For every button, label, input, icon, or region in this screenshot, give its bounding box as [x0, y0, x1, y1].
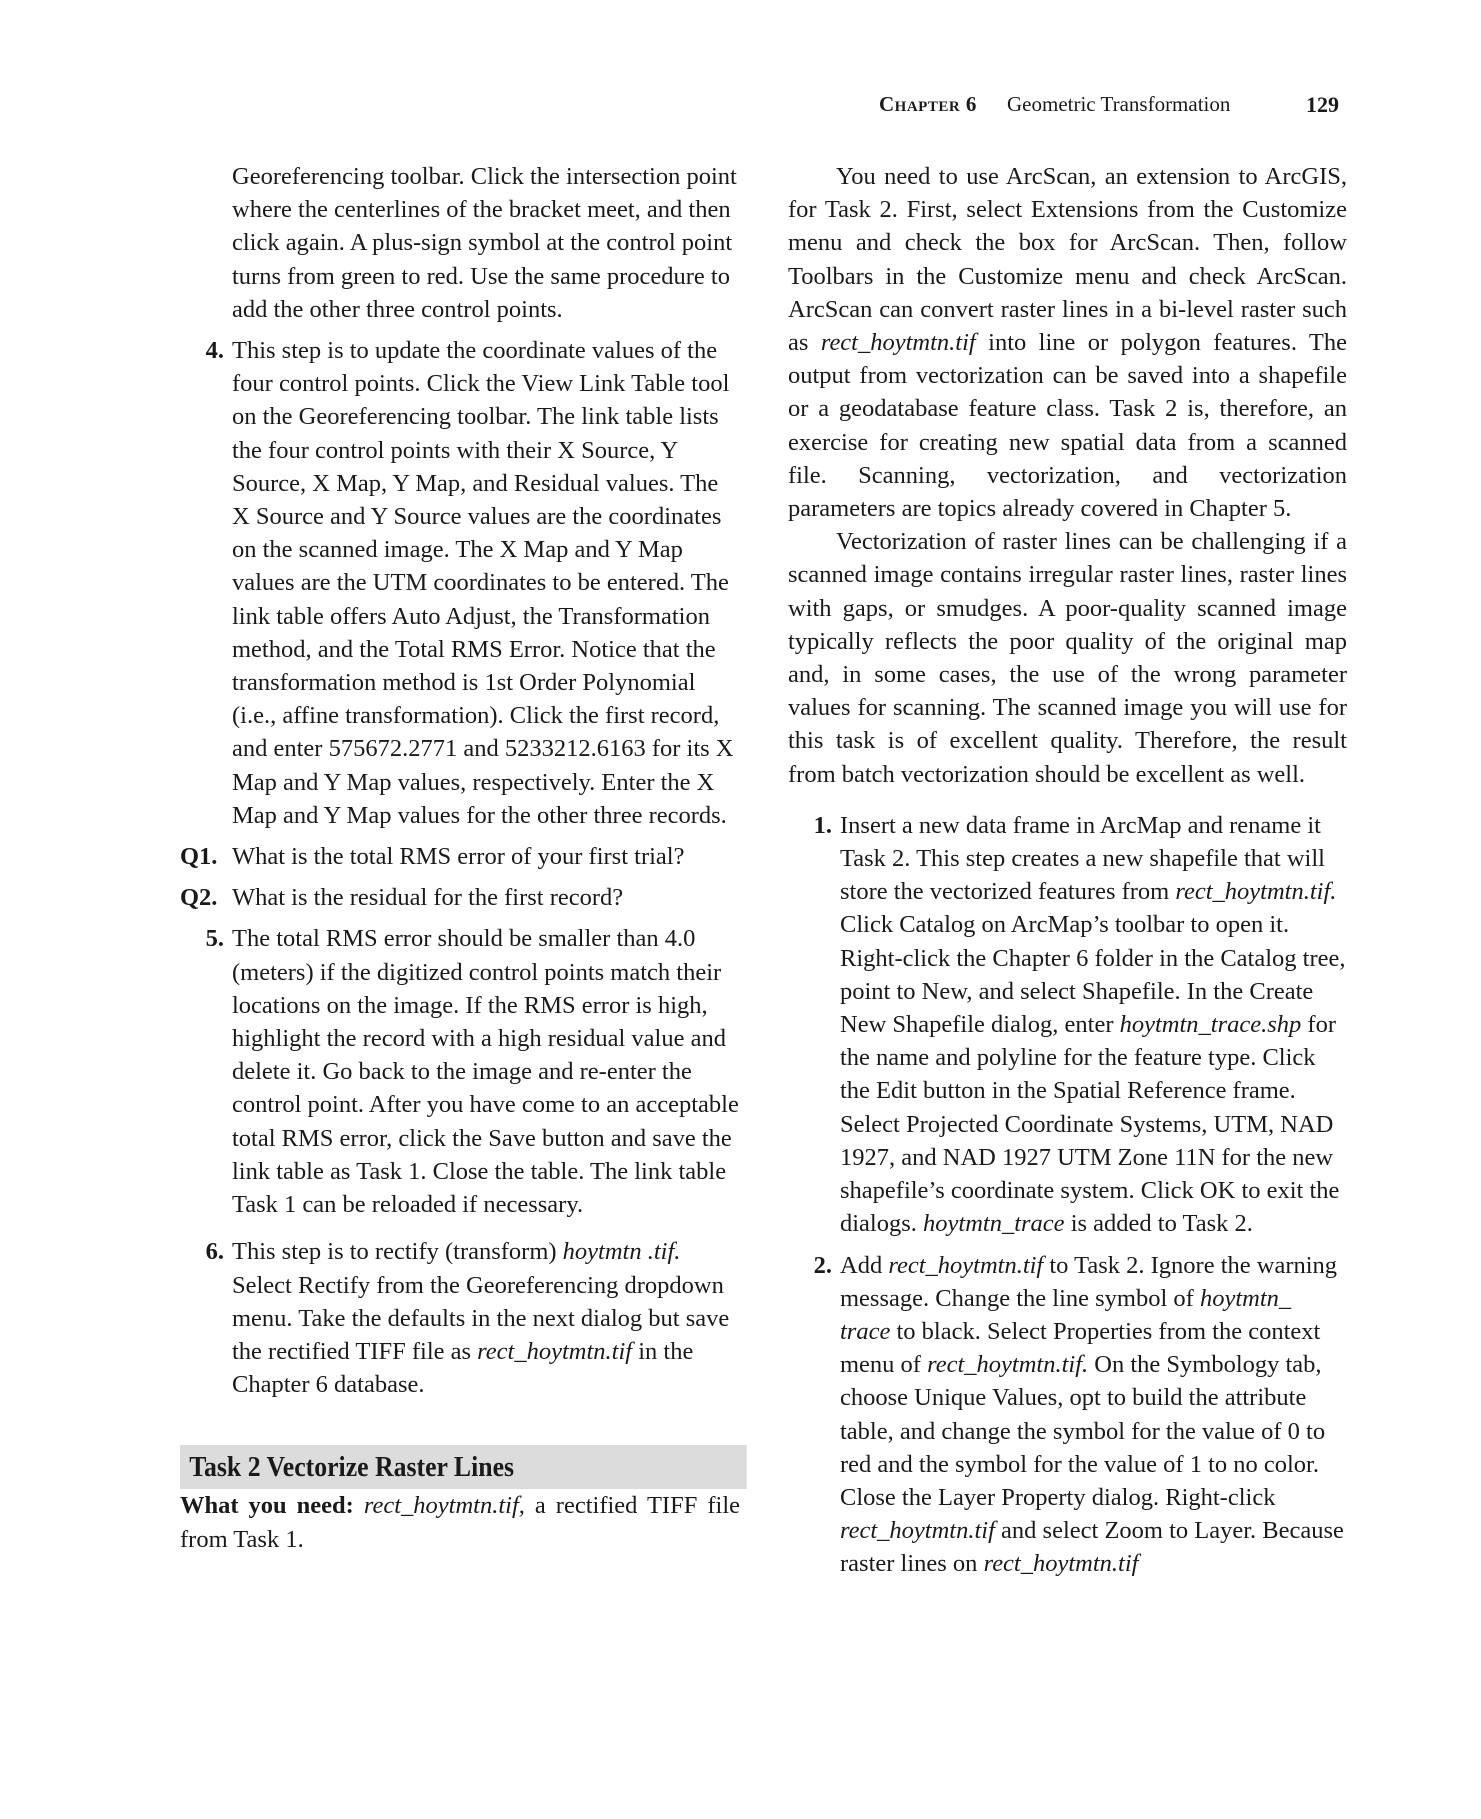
left-column: Georeferencing toolbar. Click the inters…: [180, 160, 740, 1556]
question-number: Q2.: [180, 881, 217, 914]
step-text: Georeferencing toolbar. Click the inters…: [232, 163, 737, 323]
step-number: 1.: [788, 809, 832, 842]
question-q2: Q2.What is the residual for the first re…: [180, 881, 740, 914]
paragraph-text: into line or polygon features. The outpu…: [788, 329, 1347, 522]
paragraph-text: Vectorization of raster lines can be cha…: [788, 528, 1347, 787]
step-4: 4.This step is to update the coordinate …: [180, 334, 740, 832]
task2-step-1: 1.Insert a new data frame in ArcMap and …: [788, 809, 1347, 1241]
step-3-continuation: Georeferencing toolbar. Click the inters…: [180, 160, 740, 326]
step-number: 2.: [788, 1249, 832, 1282]
filename: rect_hoytmtn.tif: [821, 329, 976, 356]
step-text: for the name and polyline for the featur…: [840, 1011, 1339, 1237]
page-number: 129: [1306, 92, 1339, 118]
task2-step-2: 2.Add rect_hoytmtn.tif to Task 2. Ignore…: [788, 1249, 1347, 1581]
task-2-heading: Task 2 Vectorize Raster Lines: [180, 1445, 747, 1489]
step-text: This step is to update the coordinate va…: [232, 337, 734, 829]
filename: hoytmtn_trace.shp: [1120, 1011, 1302, 1038]
question-number: Q1.: [180, 840, 217, 873]
filename: hoytmtn_trace: [923, 1210, 1065, 1237]
step-text: This step is to rectify (transform): [232, 1238, 563, 1265]
what-you-need: What you need: rect_hoytmtn.tif, a recti…: [180, 1489, 740, 1555]
chapter-label: Chapter 6: [879, 92, 977, 117]
step-text: Add: [840, 1252, 888, 1279]
step-text: is added to Task 2.: [1065, 1210, 1253, 1237]
filename: rect_hoytmtn.tif.: [1175, 878, 1336, 905]
step-number: 5.: [180, 922, 224, 955]
step-text: The total RMS error should be smaller th…: [232, 925, 739, 1218]
step-number: 6.: [180, 1235, 224, 1268]
step-6: 6.This step is to rectify (transform) ho…: [180, 1235, 740, 1401]
chapter-title: Geometric Transformation: [1007, 92, 1230, 117]
right-column: You need to use ArcScan, an extension to…: [788, 160, 1347, 1581]
filename: hoytmtn .tif.: [563, 1238, 681, 1265]
filename: rect_hoytmtn.tif: [888, 1252, 1043, 1279]
filename: rect_hoytmtn.tif: [840, 1517, 995, 1544]
paragraph-arcscan: You need to use ArcScan, an extension to…: [788, 160, 1347, 525]
filename: rect_hoytmtn.tif: [984, 1550, 1139, 1577]
need-label: What you need:: [180, 1492, 354, 1519]
filename: rect_hoytmtn.tif,: [364, 1492, 525, 1519]
paragraph-vectorization: Vectorization of raster lines can be cha…: [788, 525, 1347, 791]
step-number: 4.: [180, 334, 224, 367]
filename: rect_hoytmtn.tif.: [927, 1351, 1088, 1378]
question-q1: Q1.What is the total RMS error of your f…: [180, 840, 740, 873]
running-header: Chapter 6 Geometric Transformation 129: [0, 92, 1481, 122]
question-text: What is the residual for the first recor…: [232, 884, 623, 911]
paragraph-text: You need to use ArcScan, an extension to…: [788, 163, 1347, 356]
filename: rect_hoytmtn.tif: [477, 1338, 632, 1365]
step-5: 5.The total RMS error should be smaller …: [180, 922, 740, 1221]
question-text: What is the total RMS error of your firs…: [232, 843, 684, 870]
